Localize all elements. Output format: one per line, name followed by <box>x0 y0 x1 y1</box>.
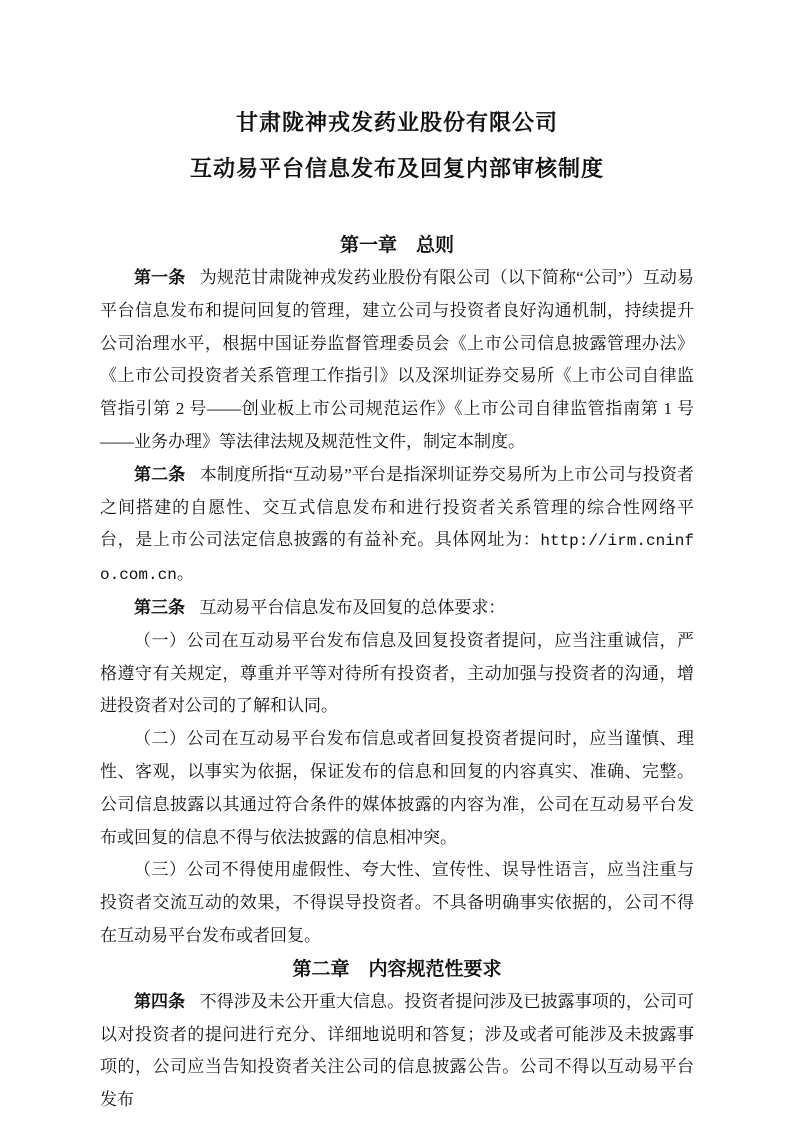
article-4-text: 不得涉及未公开重大信息。投资者提问涉及已披露事项的，公司可以对投资者的提问进行充… <box>100 992 694 1109</box>
article-3-item-1: （一）公司在互动易平台发布信息及回复投资者提问，应当注重诚信，严格遵守有关规定，… <box>100 625 694 723</box>
article-3-item-1-text: （一）公司在互动易平台发布信息及回复投资者提问，应当注重诚信，严格遵守有关规定，… <box>100 631 694 716</box>
article-4-label: 第四条 <box>134 992 185 1011</box>
article-1: 第一条为规范甘肃陇神戎发药业股份有限公司（以下简称“公司”）互动易平台信息发布和… <box>100 262 694 459</box>
article-1-label: 第一条 <box>134 268 185 287</box>
article-3-item-2: （二）公司在互动易平台发布信息或者回复投资者提问时，应当谨慎、理性、客观，以事实… <box>100 723 694 854</box>
article-3-text: 互动易平台信息发布及回复的总体要求： <box>199 598 505 617</box>
article-1-text: 为规范甘肃陇神戎发药业股份有限公司（以下简称“公司”）互动易平台信息发布和提问回… <box>100 268 694 451</box>
article-3-item-3-text: （三）公司不得使用虚假性、夸大性、宣传性、误导性语言，应当注重与投资者交流互动的… <box>100 860 694 945</box>
chapter-2-heading: 第二章 内容规范性要求 <box>100 953 694 986</box>
article-2: 第二条本制度所指“互动易”平台是指深圳证券交易所为上市公司与投资者之间搭建的自愿… <box>100 459 694 592</box>
document-page: 甘肃陇神戎发药业股份有限公司 互动易平台信息发布及回复内部审核制度 第一章 总则… <box>0 0 794 1122</box>
article-3-item-2-text: （二）公司在互动易平台发布信息或者回复投资者提问时，应当谨慎、理性、客观，以事实… <box>100 729 694 846</box>
document-title-line2: 互动易平台信息发布及回复内部审核制度 <box>100 146 694 192</box>
article-4: 第四条不得涉及未公开重大信息。投资者提问涉及已披露事项的，公司可以对投资者的提问… <box>100 986 694 1117</box>
article-2-label: 第二条 <box>134 465 185 484</box>
article-2-suffix: 。 <box>177 564 194 583</box>
document-title-line1: 甘肃陇神戎发药业股份有限公司 <box>100 100 694 146</box>
chapter-1-heading: 第一章 总则 <box>100 229 694 262</box>
article-3: 第三条互动易平台信息发布及回复的总体要求： <box>100 592 694 625</box>
article-3-label: 第三条 <box>134 598 185 617</box>
article-3-item-3: （三）公司不得使用虚假性、夸大性、宣传性、误导性语言，应当注重与投资者交流互动的… <box>100 854 694 952</box>
